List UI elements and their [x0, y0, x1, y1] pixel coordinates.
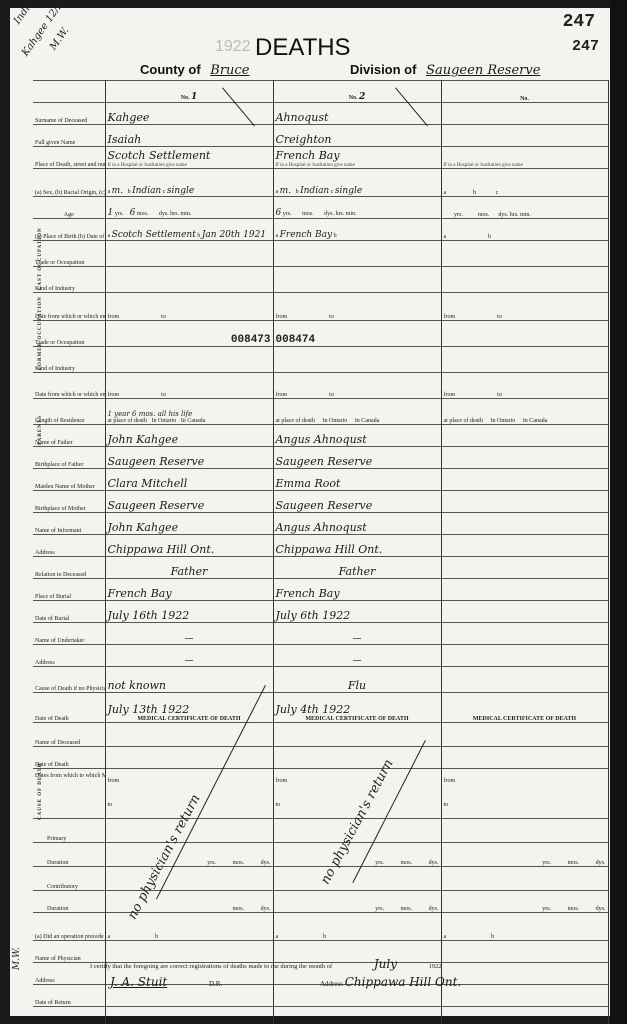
father-1: John Kahgee: [108, 433, 179, 446]
row-informant-address: Address Chippawa Hill Ont. Chippawa Hill…: [33, 535, 608, 557]
row-last-industry: Kind of Industry: [33, 267, 608, 293]
row-father-birthplace: Birthplace of Father Saugeen Reserve Sau…: [33, 447, 608, 469]
registrar-signature-block: J. A. Stuit D.R.: [110, 975, 222, 989]
county-field: County of Bruce: [140, 62, 249, 78]
row-given-name: Full given Name Isaiah Creighton: [33, 125, 608, 147]
last-occupation-group-label: LAST OCCUPATION: [38, 227, 43, 290]
surname-1: Kahgee: [108, 111, 150, 124]
row-former-trade: Trade or Occupation 008473 008474: [33, 321, 608, 347]
county-label: County of: [140, 62, 201, 77]
row-burial-date: Date of Burial July 16th 1922 July 6th 1…: [33, 601, 608, 623]
row-undertaker: Name of Undertaker — —: [33, 623, 608, 645]
row-last-dates: Date from which or which employed from t…: [33, 293, 608, 321]
title-prefix: 1922: [215, 38, 251, 56]
page-number-stamp: 247: [572, 38, 599, 55]
registrar-address-block: Address Chippawa Hill Ont.: [320, 975, 461, 989]
entry-number-2: No. 2: [273, 81, 441, 103]
row-med-name: Name of Deceased: [33, 723, 608, 747]
given-name-1: Isaiah: [108, 133, 142, 146]
county-value: Bruce: [210, 63, 249, 78]
division-field: Division of Saugeen Reserve: [350, 62, 540, 78]
registrar-address: Chippawa Hill Ont.: [345, 975, 462, 989]
cause-of-death-group-label: CAUSE OF DEATH: [38, 762, 43, 820]
mother-1: Clara Mitchell: [108, 477, 188, 490]
division-value: Saugeen Reserve: [426, 63, 540, 78]
registration-stamp-2: 008474: [276, 334, 316, 346]
registrar-signature: J. A. Stuit: [110, 975, 167, 989]
row-mother-birthplace: Birthplace of Mother Saugeen Reserve Sau…: [33, 491, 608, 513]
row-med-date: Date of Death: [33, 747, 608, 769]
row-death-date: Date of Death July 13th 1922MEDICAL CERT…: [33, 693, 608, 723]
page-title: DEATHS: [255, 34, 351, 62]
row-father: Name of Father John Kahgee Angus Ahnoqus…: [33, 425, 608, 447]
entry-number-1: No. 1: [105, 81, 273, 103]
row-place-of-death: Place of Death, street and number or Sco…: [33, 147, 608, 169]
certification-month: July: [374, 957, 397, 971]
row-informant: Name of Informant John Kahgee Angus Ahno…: [33, 513, 608, 535]
row-former-industry: Kind of Industry: [33, 347, 608, 373]
father-2: Angus Ahnoqust: [276, 433, 367, 446]
bottom-margin-note: M.W.: [12, 947, 22, 970]
row-undertaker-address: Address — —: [33, 645, 608, 667]
page-edge-shadow: [610, 0, 627, 1024]
row-cause-no-physician: Cause of Death if no Physician attended …: [33, 667, 608, 693]
row-duration-2: Duration mos. dys. yrs. mos. dys. yrs. m…: [33, 891, 608, 913]
certification-statement: I certify that the foregoing are correct…: [90, 957, 442, 971]
row-operation: (a) Did an operation precede death? (b) …: [33, 913, 608, 941]
registration-stamp-1: 008473: [231, 334, 271, 346]
death-register-table: No. 1 No. 2 No. Surname of Deceased Kahg…: [33, 80, 609, 1024]
given-name-2: Creighton: [276, 133, 332, 146]
division-label: Division of: [350, 62, 416, 77]
row-birth: (a) Place of Birth (b) Date of Birth a S…: [33, 219, 608, 241]
row-age: Age 1 yrs. 6 mos. dys. hrs. min. 6 yrs. …: [33, 197, 608, 219]
row-former-dates: Date from which or which employed from t…: [33, 373, 608, 399]
row-mother: Maiden Name of Mother Clara Mitchell Emm…: [33, 469, 608, 491]
place-of-death-2: French Bay: [276, 149, 340, 162]
row-date-received: Date received by Division Registrar: [33, 1007, 608, 1024]
row-primary: Primary: [33, 819, 608, 843]
page-number: 247: [563, 12, 595, 32]
row-burial-place: Place of Burial French Bay French Bay: [33, 579, 608, 601]
row-residence: Length of Residence 1 year 6 mos. all hi…: [33, 399, 608, 425]
row-relation: Relation to Deceased Father Father: [33, 557, 608, 579]
parents-group-label: PARENTS: [38, 415, 43, 445]
certification-year: 1922: [429, 963, 442, 970]
mother-2: Emma Root: [276, 477, 341, 490]
row-sex-origin: (a) Sex, (b) Racial Origin, (c) Single, …: [33, 169, 608, 197]
row-last-trade: Trade or Occupation: [33, 241, 608, 267]
row-surname: Surname of Deceased Kahgee Ahnoqust: [33, 103, 608, 125]
surname-2: Ahnoqust: [276, 111, 329, 124]
entry-number-3: No.: [441, 81, 608, 103]
row-number: No. 1 No. 2 No.: [33, 81, 608, 103]
row-duration-1: Duration yrs. mos. dys. yrs. mos. dys. y…: [33, 843, 608, 867]
place-of-death-1: Scotch Settlement: [108, 149, 211, 162]
row-attended: Dates from which to which Medical Practi…: [33, 769, 608, 819]
former-occupation-group-label: FORMER OCCUPATION: [38, 296, 43, 370]
